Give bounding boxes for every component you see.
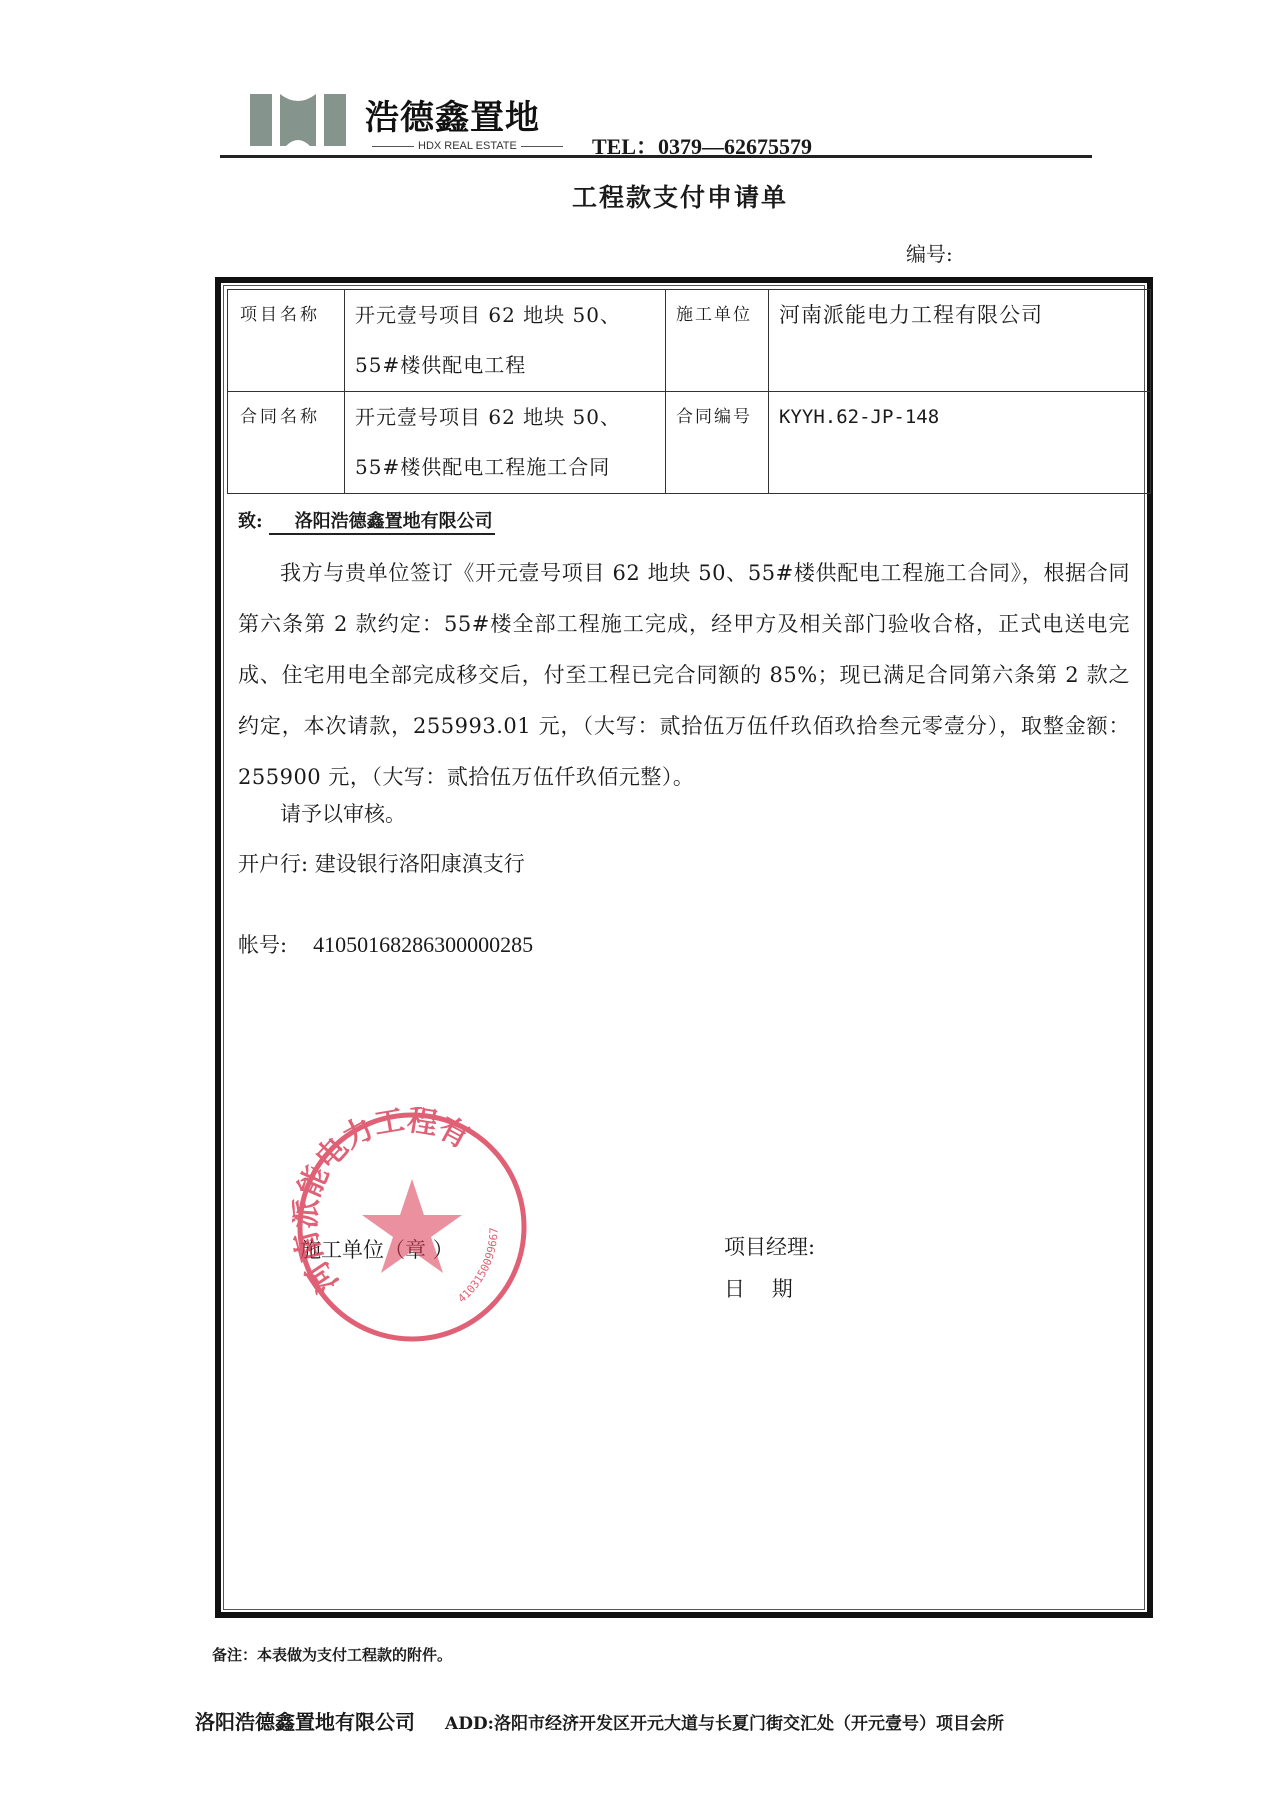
serial-number-label: 编号:	[906, 238, 953, 267]
info-table: 项目名称 开元壹号项目 62 地块 50、 55#楼供配电工程 施工单位 河南派…	[227, 289, 1151, 494]
project-name-line1: 开元壹号项目 62 地块 50、	[355, 290, 655, 340]
to-label: 致:	[238, 511, 263, 532]
brand-name-cn: 浩德鑫置地	[365, 90, 540, 139]
addressee-line: 致:洛阳浩德鑫置地有限公司	[238, 507, 1130, 533]
contractor-value: 河南派能电力工程有限公司	[769, 290, 1151, 392]
brand-en-text: HDX REAL ESTATE	[418, 140, 517, 152]
header-divider	[220, 155, 1092, 158]
bank-label: 开户行:	[238, 852, 308, 876]
project-manager-label: 项目经理:	[724, 1226, 815, 1268]
project-name-label: 项目名称	[228, 290, 345, 392]
contract-name-line1: 开元壹号项目 62 地块 50、	[355, 392, 655, 442]
date-label: 日 期	[724, 1268, 815, 1310]
account-line: 帐号:41050168286300000285	[238, 929, 1130, 959]
footer-company: 洛阳浩德鑫置地有限公司	[195, 1710, 415, 1734]
request-paragraph: 我方与贵单位签订《开元壹号项目 62 地块 50、55#楼供配电工程施工合同》，…	[238, 548, 1130, 803]
bank-value: 建设银行洛阳康滇支行	[315, 852, 525, 876]
addressee-value: 洛阳浩德鑫置地有限公司	[269, 511, 495, 535]
company-seal-icon: 河南派能电力工程有限公司 4103150099667	[292, 1107, 532, 1347]
remark-note: 备注：本表做为支付工程款的附件。	[212, 1644, 452, 1665]
account-label: 帐号:	[238, 933, 287, 957]
contract-name-label: 合同名称	[228, 392, 345, 494]
project-name-value: 开元壹号项目 62 地块 50、 55#楼供配电工程	[345, 290, 666, 392]
account-value: 41050168286300000285	[313, 932, 533, 957]
bank-line: 开户行: 建设银行洛阳康滇支行	[238, 848, 1130, 878]
footer: 洛阳浩德鑫置地有限公司ADD:洛阳市经济开发区开元大道与长夏门街交汇处（开元壹号…	[195, 1706, 1004, 1735]
project-name-line2: 55#楼供配电工程	[355, 340, 655, 390]
contract-no-value: KYYH.62-JP-148	[769, 392, 1151, 494]
footer-address: ADD:洛阳市经济开发区开元大道与长夏门街交汇处（开元壹号）项目会所	[445, 1714, 1004, 1734]
table-row: 项目名称 开元壹号项目 62 地块 50、 55#楼供配电工程 施工单位 河南派…	[228, 290, 1151, 392]
contractor-label: 施工单位	[666, 290, 769, 392]
form-frame-inner: 项目名称 开元壹号项目 62 地块 50、 55#楼供配电工程 施工单位 河南派…	[223, 285, 1145, 1610]
seal-number: 4103150099667	[455, 1227, 500, 1305]
review-request: 请予以审核。	[238, 798, 1130, 828]
brand-name-en: HDX REAL ESTATE	[368, 140, 567, 152]
contract-no-label: 合同编号	[666, 392, 769, 494]
hdx-logo-icon	[250, 94, 350, 146]
table-row: 合同名称 开元壹号项目 62 地块 50、 55#楼供配电工程施工合同 合同编号…	[228, 392, 1151, 494]
form-frame: 项目名称 开元壹号项目 62 地块 50、 55#楼供配电工程 施工单位 河南派…	[215, 277, 1153, 1618]
contract-name-line2: 55#楼供配电工程施工合同	[355, 442, 655, 492]
contract-name-value: 开元壹号项目 62 地块 50、 55#楼供配电工程施工合同	[345, 392, 666, 494]
svg-text:4103150099667: 4103150099667	[455, 1227, 500, 1305]
form-title: 工程款支付申请单	[0, 178, 1280, 214]
pm-block: 项目经理: 日 期	[724, 1226, 815, 1310]
